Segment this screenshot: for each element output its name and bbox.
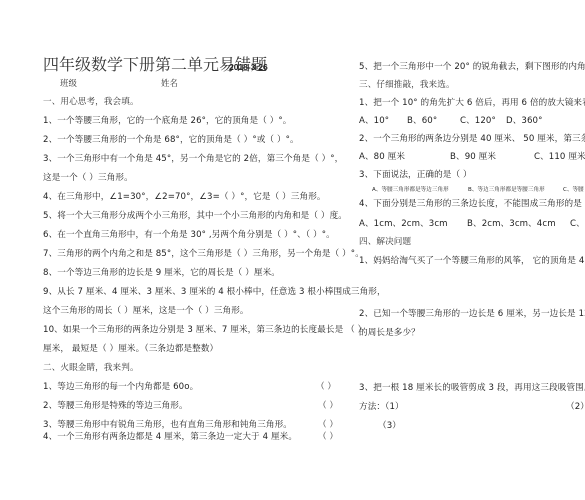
s3-q4-option-a: A、1cm、2cm、3cm <box>359 219 448 230</box>
section2-heading: 二、火眼金睛，我来判。 <box>43 363 139 374</box>
s1-question-3b: 这是一个（ ）三角形。 <box>43 173 133 184</box>
s4-q3-method-2: （2） <box>566 402 585 413</box>
s2-answer-1: （ ） <box>316 382 336 393</box>
s1-question-1: 1、一个等腰三角形，它的一个底角是 26°，它的顶角是（ ）°。 <box>43 116 292 127</box>
s3-q1-option-b: B、60° <box>407 116 437 127</box>
s1-question-6: 6、在一个直角三角形中，有一个角是 30° ,另两个角分别是（ ）°、（ ）°。 <box>43 230 335 241</box>
s3-q1-option-a: A、10° <box>359 116 389 127</box>
s1-question-10b: 厘米， 最短是（ ）厘米。（三条边都是整数） <box>43 344 218 355</box>
s1-question-8: 8、一个等边三角形的边长是 9 厘米，它的周长是（ ）厘米。 <box>43 268 280 279</box>
s1-question-4: 4、在三角形中，∠1=30°，∠2=70°，∠3=（ ）°，它是（ ）三角形。 <box>43 192 326 203</box>
section3-heading: 三、仔细推敲，我来选。 <box>359 80 455 91</box>
s3-q1-option-c: C、120° <box>460 116 496 127</box>
s3-q3-option-c: C、等腰 <box>563 186 584 194</box>
s3-question-2: 2、一个三角形的两条边分别是 40 厘米、 50 厘米，第三条边的长 <box>359 134 585 145</box>
s3-q4-option-b: B、2cm、3cm、4cm <box>467 219 556 230</box>
s2-item-2: 2、等腰三角形是特殊的等边三角形。 <box>43 401 188 412</box>
s3-q2-option-a: A、80 厘米 <box>359 152 405 163</box>
s1-question-9b: 这个三角形的周长（ ）厘米，这是一个（ ）三角形。 <box>43 306 249 317</box>
s3-question-4: 4、下面分别是三角形的三条边长度，不能围成三角形的是（ <box>359 199 585 210</box>
s3-q3-option-b: B、等边三角形都是等腰三角形 <box>468 186 545 194</box>
s1-question-5: 5、将一个大三角形分成两个小三角形，其中一个小三角形的内角和是（ ）度。 <box>43 211 347 222</box>
s3-q3-option-a: A、等腰三角形都是等边三角形 <box>372 186 449 194</box>
s2-item-1: 1、等边三角形的每一个内角都是 60o。 <box>43 382 198 393</box>
s1-question-3a: 3、一个三角形中有一个角是 45°，另一个角是它的 2倍，第三个角是（ ）°， <box>43 154 343 165</box>
s3-q2-option-c: C、110 厘米 <box>534 152 585 163</box>
section1-heading: 一、用心思考，我会填。 <box>43 97 139 108</box>
s1-question-7: 7、三角形的两个内角之和是 85°，这个三角形是（ ）三角形，另一个角是（ ）°… <box>43 249 364 260</box>
s1-question-2: 2、一个等腰三角形的一个角是 68°，它的顶角是（ ）°或（ ）°。 <box>43 135 299 146</box>
s1-question-10a: 10、如果一个三角形的两条边分别是 3 厘米、7 厘米，第三条边的长度最长是 （… <box>43 325 366 336</box>
s2-answer-3: （ ） <box>318 420 338 431</box>
s1-question-9a: 9、从长 7 厘米、4 厘米、3 厘米、3 厘米的 4 根小棒中，任意选 3 根… <box>43 287 386 298</box>
s3-q4-option-c: C、5 <box>570 219 585 230</box>
section4-heading: 四、解决问题 <box>359 237 411 248</box>
s2-answer-2: （ ） <box>318 401 338 412</box>
s3-question-1: 1、把一个 10° 的角先扩大 6 倍后，再用 6 倍的放大镜来看，看 <box>359 98 585 109</box>
s3-question-3: 3、下面说法，正确的是（ ） <box>359 170 472 181</box>
s4-question-3: 3、把一根 18 厘米长的吸管剪成 3 段，再用这三段吸管围成一个三 <box>359 383 585 394</box>
s2-item-3: 3、等腰三角形中有锐角三角形，也有直角三角形和钝角三角形。 <box>43 420 292 431</box>
s1-question-5-continued: 5、把一个三角形中一个 20° 的锐角截去，剩下图形的内角和是 <box>359 62 585 73</box>
class-label: 班级 <box>60 78 77 89</box>
s4-q3-method-3: （3） <box>378 421 401 432</box>
s2-answer-4: （ ） <box>318 432 338 443</box>
date-label: 2018-3-26 <box>229 62 268 72</box>
s4-question-1: 1、妈妈给淘气买了一个等腰三角形的风筝， 它的顶角是 40°， <box>359 256 585 267</box>
s3-q1-option-d: D、360° <box>506 116 543 127</box>
s3-q2-option-b: B、90 厘米 <box>450 152 496 163</box>
s4-question-2a: 2、已知一个等腰三角形的一边长是 6 厘米，另一边长是 12 厘米 <box>359 309 585 320</box>
name-label: 姓名 <box>161 78 178 89</box>
s2-item-4: 4、一个三角形有两条边都是 4 厘米，第三条边一定大于 4 厘米。 <box>43 432 297 443</box>
s4-q3-method-1: 方法：（1） <box>359 402 404 413</box>
s4-question-2b: 的周长是多少？ <box>359 328 420 339</box>
